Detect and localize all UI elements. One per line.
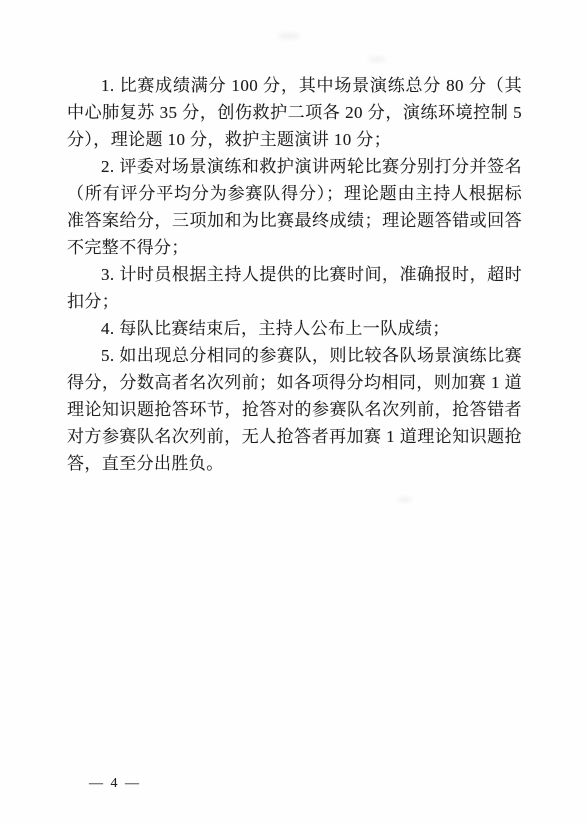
paragraph-1: 1. 比赛成绩满分 100 分，其中场景演练总分 80 分（其中心肺复苏 35 … <box>67 72 522 153</box>
scan-artifact <box>278 33 300 39</box>
paragraph-4: 4. 每队比赛结束后，主持人公布上一队成绩； <box>67 315 522 342</box>
scan-artifact <box>398 497 412 502</box>
document-page: 1. 比赛成绩满分 100 分，其中场景演练总分 80 分（其中心肺复苏 35 … <box>0 0 587 825</box>
paragraph-3: 3. 计时员根据主持人提供的比赛时间，准确报时，超时扣分； <box>67 261 522 315</box>
paragraph-2: 2. 评委对场景演练和救护演讲两轮比赛分别打分并签名（所有评分平均分为参赛队得分… <box>67 153 522 261</box>
scan-artifact <box>368 57 386 62</box>
page-number: — 4 — <box>85 776 145 792</box>
document-body: 1. 比赛成绩满分 100 分，其中场景演练总分 80 分（其中心肺复苏 35 … <box>67 72 522 477</box>
paragraph-5: 5. 如出现总分相同的参赛队，则比较各队场景演练比赛得分，分数高者名次列前；如各… <box>67 342 522 477</box>
